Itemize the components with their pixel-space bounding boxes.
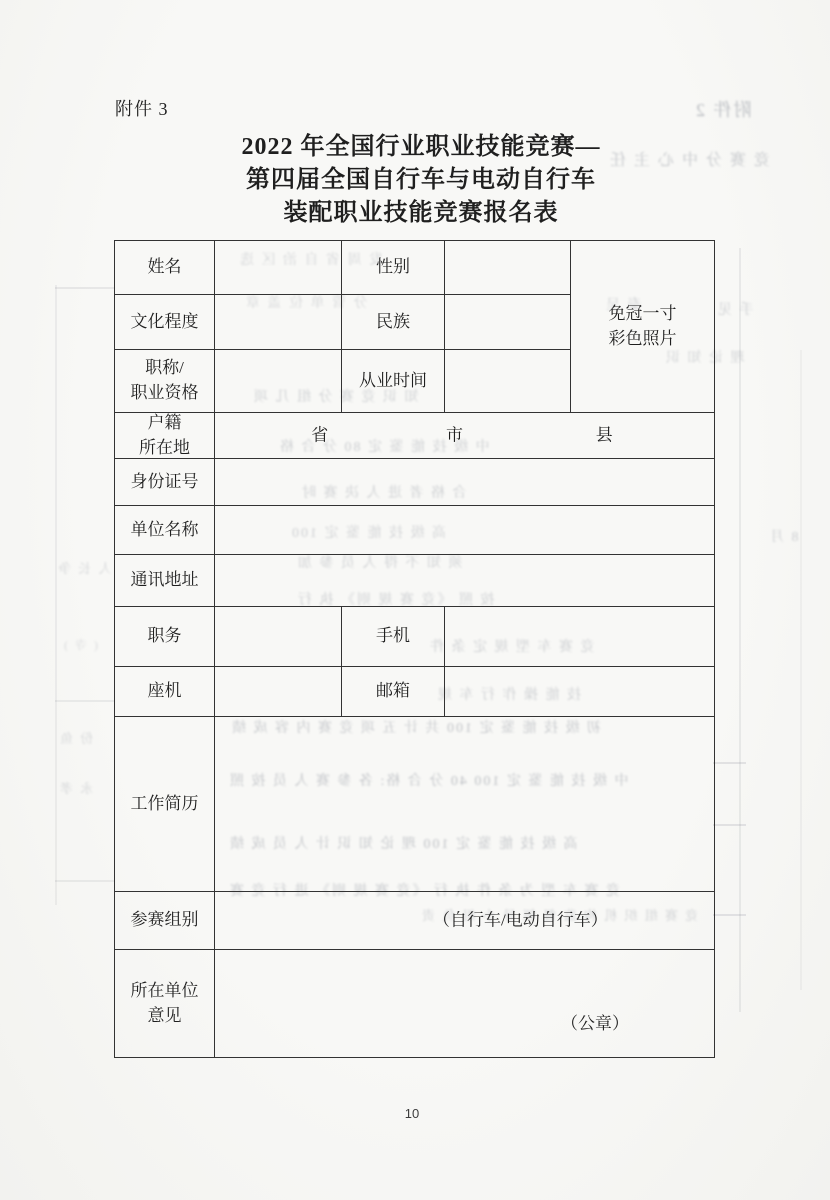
prof-title-label-cell: 职称/ 职业资格 [114,350,215,413]
bleedthrough-text: 手 见 [716,299,754,319]
mail-address-label-cell: 通讯地址 [114,555,215,607]
bleedthrough-text: 附件 2 [694,96,752,122]
position-label: 职务 [148,624,182,649]
unit-opinion-input-cell: （公章） [215,950,715,1058]
gender-label-cell: 性别 [342,240,445,295]
entry-group-input-cell: （自行车/电动自行车） [215,892,715,950]
bleedthrough-line [713,824,746,826]
work-since-input-cell [445,350,571,413]
bleedthrough-line [55,285,57,905]
residence-line-1: 户籍 [139,411,190,436]
county-label: 县 [596,423,613,448]
mail-address-input-cell [215,555,715,607]
work-since-label-cell: 从业时间 [342,350,445,413]
email-input-cell [445,667,715,717]
mobile-label: 手机 [376,624,410,649]
photo-note-line-1: 免冠一寸 [609,302,677,327]
email-label-cell: 邮箱 [342,667,445,717]
bleedthrough-text: 竞 赛 分 中 心 主 任 [608,147,770,170]
mobile-label-cell: 手机 [342,607,445,667]
name-label: 姓名 [148,255,182,280]
residence-label: 户籍 所在地 [139,411,190,460]
registration-form-table: 姓名 性别 免冠一寸 彩色照片 文化程度 民族 职称/ 职业资格 [114,240,715,1058]
landline-input-cell [215,667,342,717]
bleedthrough-text: 8 月 [768,526,799,546]
residence-label-cell: 户籍 所在地 [114,413,215,459]
ethnicity-label: 民族 [376,310,410,335]
photo-cell: 免冠一寸 彩色照片 [571,240,715,413]
entry-group-label-cell: 参赛组别 [114,892,215,950]
unit-opinion-line-1: 所在单位 [131,979,199,1004]
residence-line-2: 所在地 [139,436,190,461]
bleedthrough-line [800,350,802,990]
name-label-cell: 姓名 [114,240,215,295]
position-label-cell: 职务 [114,607,215,667]
id-number-input-cell [215,459,715,506]
unit-name-label: 单位名称 [131,518,199,543]
unit-opinion-label-cell: 所在单位 意见 [114,950,215,1058]
id-number-label-cell: 身份证号 [114,459,215,506]
entry-group-hint: （自行车/电动自行车） [433,908,608,933]
photo-note: 免冠一寸 彩色照片 [609,302,677,351]
unit-opinion-line-2: 意见 [131,1004,199,1029]
ethnicity-input-cell [445,295,571,350]
bleedthrough-line [713,762,746,764]
photo-note-line-2: 彩色照片 [609,327,677,352]
education-label-cell: 文化程度 [114,295,215,350]
province-label: 省 [311,423,328,448]
unit-name-input-cell [215,506,715,555]
bleedthrough-line [55,700,114,702]
education-label: 文化程度 [131,310,199,335]
landline-label: 座机 [148,679,182,704]
bleedthrough-line [713,914,746,916]
work-since-label: 从业时间 [359,369,427,394]
prof-title-line-2: 职业资格 [131,381,199,406]
bleedthrough-line [55,287,114,289]
scanned-document-page: 附件 2竞 赛 分 中 心 主 任发 周 省 自 治 区 选泰 呈手 见分 管 … [0,0,830,1200]
prof-title-input-cell [215,350,342,413]
unit-name-label-cell: 单位名称 [114,506,215,555]
id-number-label: 身份证号 [131,470,199,495]
bleedthrough-line [55,880,114,882]
bleedthrough-text: ( 寺 ) [62,636,98,653]
ethnicity-label-cell: 民族 [342,295,445,350]
unit-opinion-label: 所在单位 意见 [131,979,199,1028]
seal-hint: （公章） [561,1012,629,1037]
position-input-cell [215,607,342,667]
bleedthrough-text: 永 孝 [58,778,93,797]
bleedthrough-line [739,248,741,1012]
email-label: 邮箱 [376,679,410,704]
bleedthrough-text: 人 长 争 [56,558,112,577]
work-resume-label-cell: 工作简历 [114,717,215,892]
entry-group-label: 参赛组别 [131,908,199,933]
prof-title-line-1: 职称/ [131,356,199,381]
work-resume-label: 工作简历 [131,792,199,817]
name-input-cell [215,240,342,295]
city-label: 市 [446,423,463,448]
bleedthrough-text: 份 鱼 [58,728,93,747]
education-input-cell [215,295,342,350]
prof-title-label: 职称/ 职业资格 [131,356,199,405]
landline-label-cell: 座机 [114,667,215,717]
gender-input-cell [445,240,571,295]
mobile-input-cell [445,607,715,667]
work-resume-input-cell [215,717,715,892]
mail-address-label: 通讯地址 [131,568,199,593]
gender-label: 性别 [376,255,410,280]
residence-input-cell: 省 市 县 [215,413,715,459]
